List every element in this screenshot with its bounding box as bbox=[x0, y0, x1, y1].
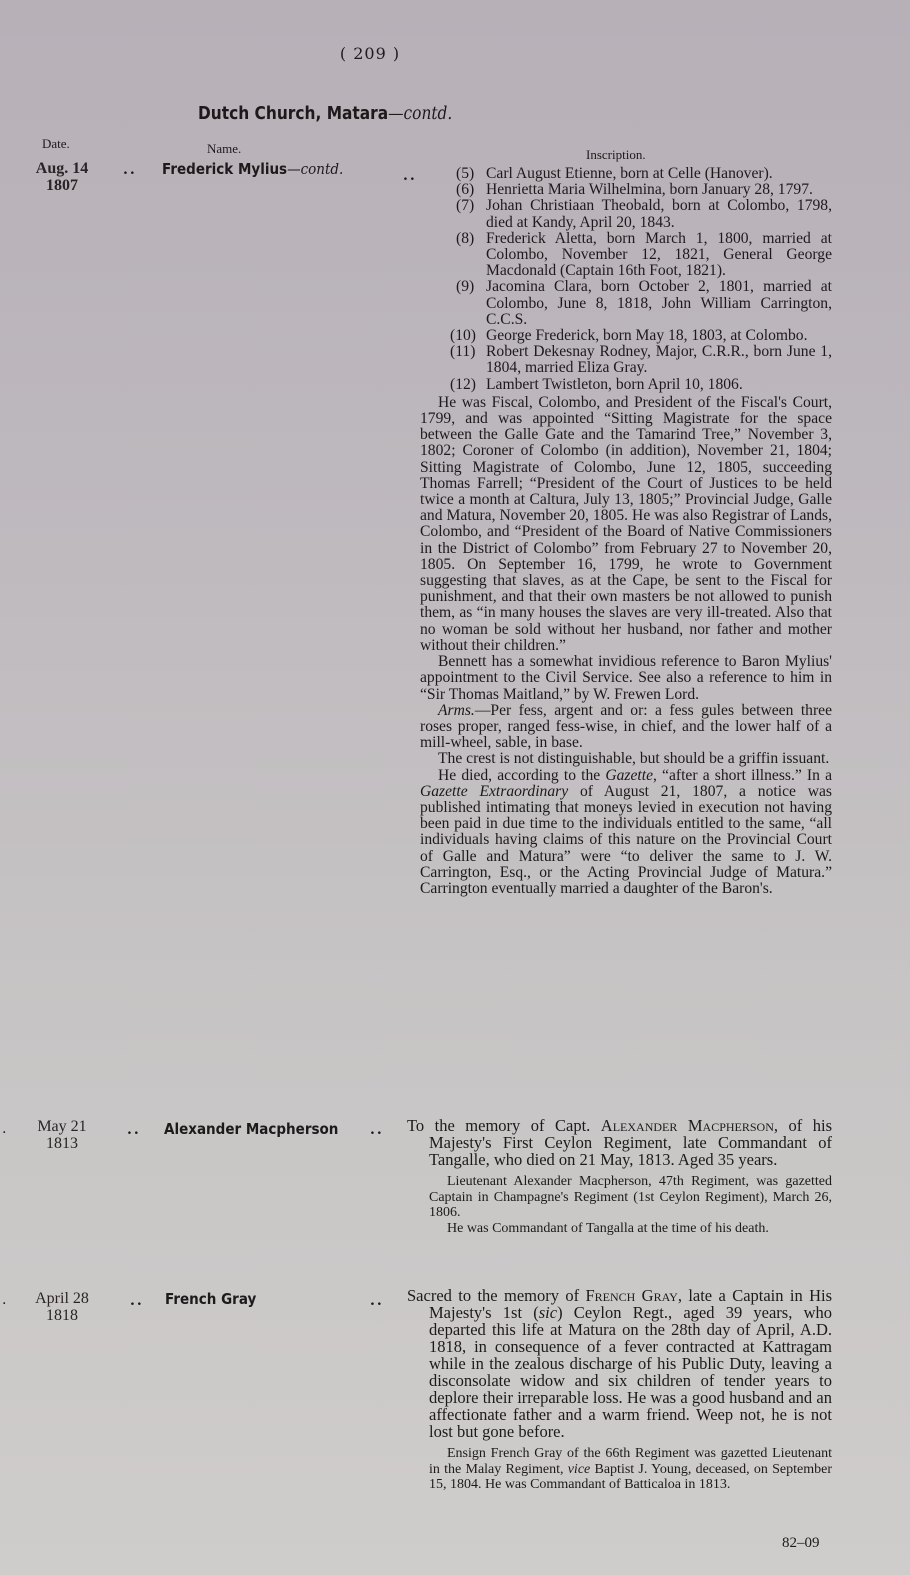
child-text: Carl August Etienne, born at Celle (Hano… bbox=[486, 165, 773, 182]
notes: Ensign French Gray of the 66th Regiment … bbox=[407, 1446, 832, 1493]
vice-term: vice bbox=[568, 1462, 591, 1477]
name-text: Frederick Mylius bbox=[162, 160, 287, 178]
gazette-extraordinary-title: Gazette Extraordinary bbox=[420, 783, 568, 800]
child-text: Lambert Twistleton, born April 10, 1806. bbox=[486, 376, 743, 393]
child-number: (10) bbox=[450, 328, 486, 344]
date-year: 1807 bbox=[28, 177, 96, 194]
column-header-name: Name. bbox=[207, 141, 241, 157]
child-item: (9)Jacomina Clara, born October 2, 1801,… bbox=[420, 279, 832, 328]
gazette-title: Gazette bbox=[605, 767, 653, 784]
death-text: He died, according to the bbox=[438, 767, 605, 784]
inscription-part: ) Ceylon Regt., aged 39 years, who depar… bbox=[429, 1303, 832, 1441]
entry-name: Frederick Mylius—contd. bbox=[162, 160, 343, 178]
entry-name: Alexander Macpherson bbox=[164, 1120, 338, 1138]
child-item: (11)Robert Dekesnay Rodney, Major, C.R.R… bbox=[420, 344, 832, 376]
margin-dot: . bbox=[2, 1292, 6, 1308]
child-item: (12)Lambert Twistleton, born April 10, 1… bbox=[420, 377, 832, 393]
date-day: May 21 bbox=[28, 1118, 96, 1135]
leader-dots: .. bbox=[403, 168, 417, 184]
child-number: (7) bbox=[456, 198, 486, 214]
leader-dots: .. bbox=[127, 1122, 141, 1138]
crest-paragraph: The crest is not distinguishable, but sh… bbox=[420, 751, 832, 767]
leader-dots: .. bbox=[370, 1293, 384, 1309]
date-day: Aug. 14 bbox=[28, 160, 96, 177]
date-year: 1818 bbox=[28, 1307, 96, 1324]
leader-dots: .. bbox=[130, 1293, 144, 1309]
child-item: (6)Henrietta Maria Wilhelmina, born Janu… bbox=[420, 182, 832, 198]
child-text: Johan Christiaan Theobald, born at Colom… bbox=[486, 197, 832, 230]
inscription-text: Sacred to the memory of French Gray, lat… bbox=[407, 1287, 832, 1440]
child-number: (6) bbox=[456, 182, 486, 198]
arms-text: —Per fess, argent and or: a fess gules b… bbox=[420, 702, 832, 751]
page-title: Dutch Church, Matara—contd. bbox=[198, 104, 452, 124]
child-item: (5)Carl August Etienne, born at Celle (H… bbox=[420, 166, 832, 182]
column-header-inscription: Inscription. bbox=[586, 147, 646, 163]
entry-date: May 21 1813 bbox=[28, 1118, 96, 1152]
arms-paragraph: Arms.—Per fess, argent and or: a fess gu… bbox=[420, 703, 832, 752]
entry-date: Aug. 14 1807 bbox=[28, 160, 96, 194]
child-item: (8)Frederick Aletta, born March 1, 1800,… bbox=[420, 231, 832, 280]
inscription: (5)Carl August Etienne, born at Celle (H… bbox=[420, 166, 832, 897]
notes: Lieutenant Alexander Macpherson, 47th Re… bbox=[407, 1174, 832, 1236]
title-suffix: —contd. bbox=[388, 104, 452, 124]
entry-date: April 28 1818 bbox=[28, 1290, 96, 1324]
leader-dots: .. bbox=[370, 1122, 384, 1138]
child-item: (7)Johan Christiaan Theobald, born at Co… bbox=[420, 198, 832, 230]
note-paragraph: Lieutenant Alexander Macpherson, 47th Re… bbox=[429, 1174, 832, 1221]
inscription: Sacred to the memory of French Gray, lat… bbox=[407, 1287, 832, 1493]
entry-name: French Gray bbox=[165, 1290, 256, 1308]
reference-paragraph: Bennett has a somewhat invidious referen… bbox=[420, 654, 832, 703]
child-number: (11) bbox=[450, 344, 486, 360]
note-paragraph: Ensign French Gray of the 66th Regiment … bbox=[429, 1446, 832, 1493]
inscription: To the memory of Capt. Alexander Macpher… bbox=[407, 1117, 832, 1236]
note-paragraph: He was Commandant of Tangalla at the tim… bbox=[429, 1221, 832, 1237]
arms-label: Arms. bbox=[438, 702, 475, 719]
leader-dots: .. bbox=[123, 162, 137, 178]
child-item: (10)George Frederick, born May 18, 1803,… bbox=[420, 328, 832, 344]
folio-mark: 82–09 bbox=[782, 1535, 820, 1552]
death-text: , “after a short illness.” In a bbox=[653, 767, 832, 784]
page-number: ( 209 ) bbox=[0, 44, 740, 63]
child-text: Robert Dekesnay Rodney, Major, C.R.R., b… bbox=[486, 343, 832, 376]
title-main: Dutch Church, Matara bbox=[198, 104, 388, 124]
name-suffix: —contd. bbox=[287, 160, 343, 178]
margin-dot: . bbox=[2, 1121, 6, 1137]
child-number: (12) bbox=[450, 377, 486, 393]
child-number: (5) bbox=[456, 166, 486, 182]
child-text: Jacomina Clara, born October 2, 1801, ma… bbox=[486, 278, 832, 327]
child-text: George Frederick, born May 18, 1803, at … bbox=[486, 327, 808, 344]
inscription-text: To the memory of Capt. Alexander Macpher… bbox=[407, 1117, 832, 1168]
date-year: 1813 bbox=[28, 1135, 96, 1152]
date-day: April 28 bbox=[28, 1290, 96, 1307]
column-header-date: Date. bbox=[42, 136, 70, 152]
biography-paragraph: He was Fiscal, Colombo, and President of… bbox=[420, 395, 832, 654]
death-text: of August 21, 1807, a notice was publish… bbox=[420, 783, 832, 897]
child-text: Henrietta Maria Wilhelmina, born January… bbox=[486, 181, 813, 198]
child-text: Frederick Aletta, born March 1, 1800, ma… bbox=[486, 230, 832, 279]
child-number: (9) bbox=[456, 279, 486, 295]
death-paragraph: He died, according to the Gazette, “afte… bbox=[420, 768, 832, 898]
child-number: (8) bbox=[456, 231, 486, 247]
